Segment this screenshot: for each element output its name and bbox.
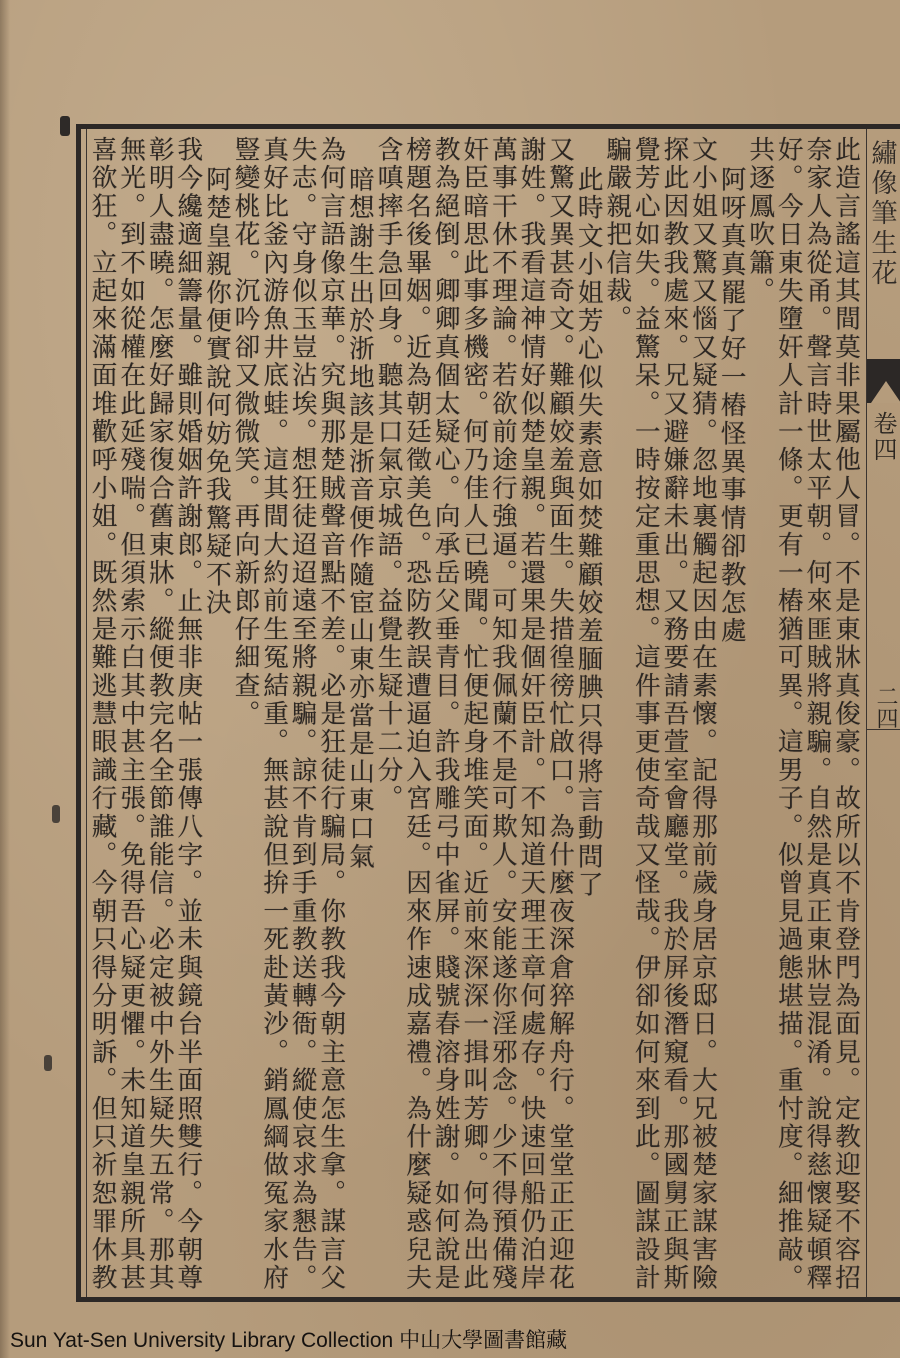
text-column: 覺芳心如失。益驚呆。一時按定重思想。這件事更使奇哉又怪哉。伊卻如何來到此。圖謀設… — [633, 132, 662, 1290]
text-column: 含嗔摔手急回身。聽其口氣京城語。益覺生疑十二分。 — [376, 132, 405, 1290]
prose-column: 阿楚皇親你便實說何妨免我驚疑不決 — [204, 132, 233, 1290]
text-column: 共逐鳳吹簫。 — [748, 132, 777, 1290]
binding-hole-mark — [44, 1055, 52, 1071]
text-column: 無光。到不如從權在此延殘喘。但須索示白其中甚主張。免得吾心疑更懼。未知道皇親所具… — [119, 132, 148, 1290]
text-column: 好。今日東失墮奸人計一條。更有一樁猶可異。這男子。似曾見過態堪描。重忖度。細推敲… — [776, 132, 805, 1290]
text-column: 我今纔適細籌量。雖則婚姻許謝郎。止無非庚帖一張傳八字。並未與鏡台半面照雙行。今朝… — [176, 132, 205, 1290]
page-number: 二四 — [873, 685, 900, 729]
fishtail-mark — [867, 359, 900, 403]
block-center-column: 繡像筆生花 卷四 二四 — [866, 129, 900, 1297]
text-column: 喜欲狂。立起來滿面堆歡呼小姐。既然是難逃慧眼識行藏。今朝只得分明訴。但只祈恕罪休… — [90, 132, 119, 1290]
text-column: 奸臣暗思此事多機密。何乃佳人已曉聞。忙便起身堆笑面。近前來深深一揖叫芳卿。何為出… — [462, 132, 491, 1290]
text-column: 奈家人為從甬。聲言時世太平朝。何來匪賊將親騙。自然是真正東牀豈混淆。說得慈懷疑頓… — [805, 132, 834, 1290]
text-column: 教為絕倒。卿卿真個太疑心。向承岳父垂青目。許我雕弓中雀屏。賤號春溶身姓謝。如何說… — [433, 132, 462, 1290]
text-column: 此造言謠這其間莫非果屬他人冒。不是東牀真俊豪。故所以不肯登門為面見。定教迎娶不容… — [833, 132, 862, 1290]
page-number-rule — [867, 729, 900, 730]
text-column: 為何言語像京華。究與那楚賊聲音點不差。必是狂徒行騙局。你教我今朝主意怎生拿。謀言… — [319, 132, 348, 1290]
page-edge-shadow — [0, 0, 10, 1358]
prose-column: 阿呀真真罷了好一樁怪異事情卻教怎處 — [719, 132, 748, 1290]
vertical-text-body: 此造言謠這其間莫非果屬他人冒。不是東牀真俊豪。故所以不肯登門為面見。定教迎娶不容… — [90, 132, 862, 1292]
binding-hole-mark — [60, 116, 70, 136]
text-column: 榜題名後畢姻。近為朝廷徵美色。恐防教誤遭逼迫入宮廷。因來作速成嘉禮。為什麼疑惑兒… — [405, 132, 434, 1290]
text-column: 探此因教我處來。兄又避嫌辭未出。又務要請吾萱室會廳堂。我於屏後潛窺看。那國舅正與… — [662, 132, 691, 1290]
book-title: 繡像筆生花 — [873, 139, 900, 289]
text-column: 又驚又異甚奇文。難顧姣羞與面生。失措徨徬忙啟口。為什麼夜深倉猝解舟行。堂堂正正迎… — [547, 132, 576, 1290]
text-column: 騙嚴親把信裁。 — [605, 132, 634, 1290]
collection-credit: Sun Yat-Sen University Library Collectio… — [10, 1324, 890, 1354]
text-column: 真好比釜內游魚井底蛙。這其間大約前生冤結重。無甚說但拚一死赴黃沙。銷鳳綱做冤家水… — [262, 132, 291, 1290]
text-column: 彰明人盡曉。怎麼好歸家復合舊東牀。縱便教完名全節誰能信。必定被中外生疑失五常。那… — [147, 132, 176, 1290]
binding-hole-mark — [52, 805, 60, 823]
prose-column: 暗想謝生出於浙地該是浙音便作隨宦山東亦當是山東口氣 — [347, 132, 376, 1290]
text-column: 謝姓。我看這神情好似楚皇親。若還果是個奸臣計。不知道天理王章何處存。快速回船仍泊… — [519, 132, 548, 1290]
prose-column: 此時文小姐芳心似失素意如焚難顧姣羞腼腆只得將言動問了 — [576, 132, 605, 1290]
text-column: 文小姐又驚又惱又疑猜。忽地裏觸起因由在素懷。記得那前歲身居京邸日。大兄被楚家謀害… — [690, 132, 719, 1290]
volume-label: 卷四 — [873, 411, 900, 463]
text-column: 萬事干休不理論。若欲前途行強逼。可知我佩蘭不是可欺人。安能遂你淫邪念。少不得預備… — [490, 132, 519, 1290]
text-column: 失志。守身似玉豈沾埃。想狂徒迢迢遠至將親騙。諒不肯到手重教送轉衙。縱使哀求為懇告… — [290, 132, 319, 1290]
text-column: 豎變桃花。沉吟卻又微微笑。再向新郎仔細查。 — [233, 132, 262, 1290]
